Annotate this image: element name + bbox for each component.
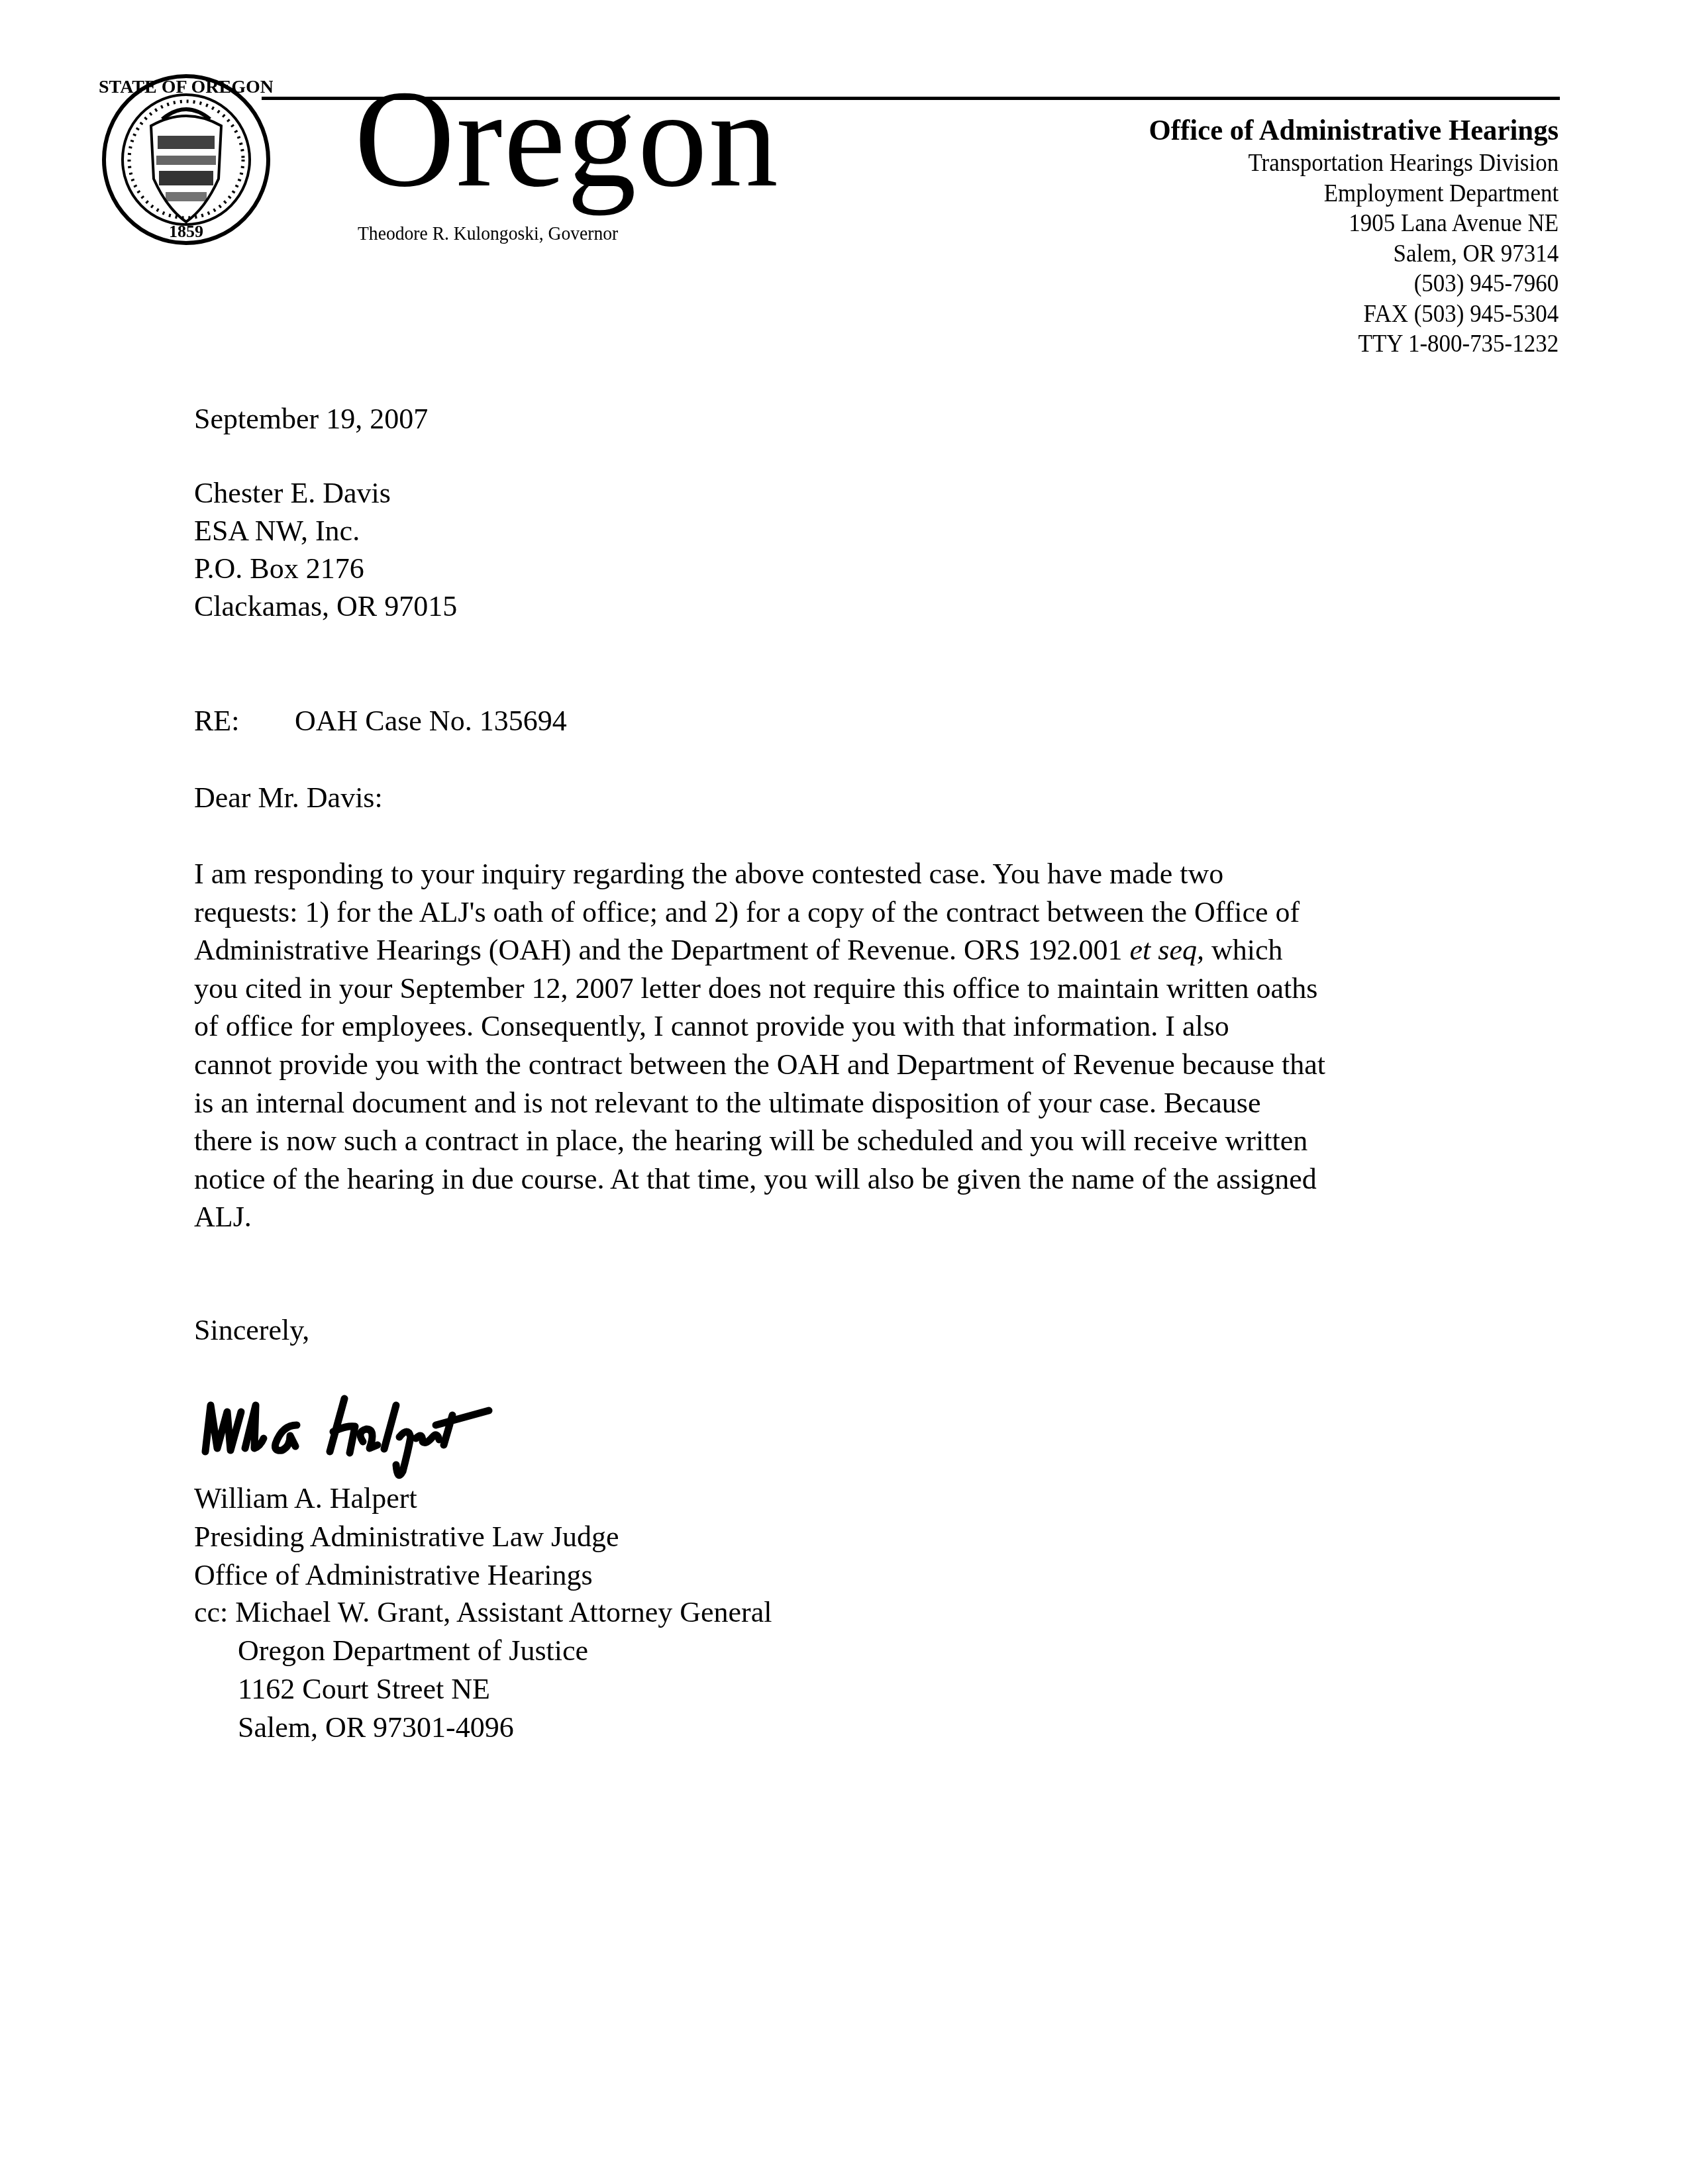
cc-agency: Oregon Department of Justice — [194, 1632, 772, 1670]
body-line: cannot provide you with the contract bet… — [194, 1046, 1512, 1084]
body-line: you cited in your September 12, 2007 let… — [194, 969, 1512, 1008]
recipient-name: Chester E. Davis — [194, 474, 457, 512]
signer-title: Presiding Administrative Law Judge — [194, 1518, 619, 1556]
signer-name: William A. Halpert — [194, 1479, 619, 1518]
cc-city: Salem, OR 97301-4096 — [194, 1709, 772, 1747]
office-phone: (503) 945-7960 — [1162, 269, 1559, 299]
body-line: there is now such a contract in place, t… — [194, 1122, 1512, 1160]
svg-text:1859: 1859 — [169, 222, 203, 241]
office-city: Salem, OR 97314 — [1162, 239, 1559, 270]
body-line: requests: 1) for the ALJ's oath of offic… — [194, 893, 1512, 932]
office-street: 1905 Lana Avenue NE — [1162, 209, 1559, 239]
office-fax: FAX (503) 945-5304 — [1162, 299, 1559, 330]
recipient-address: Chester E. Davis ESA NW, Inc. P.O. Box 2… — [194, 474, 457, 625]
body-line: Administrative Hearings (OAH) and the De… — [194, 931, 1512, 969]
body-line: ALJ. — [194, 1198, 1512, 1236]
office-division: Transportation Hearings Division — [1162, 148, 1559, 179]
office-tty: TTY 1-800-735-1232 — [1162, 329, 1559, 360]
subject-label: RE: — [194, 702, 295, 740]
office-title: Office of Administrative Hearings — [1149, 111, 1559, 148]
recipient-company: ESA NW, Inc. — [194, 512, 457, 550]
cc-recipient: cc: Michael W. Grant, Assistant Attorney… — [194, 1593, 772, 1632]
cc-block: cc: Michael W. Grant, Assistant Attorney… — [194, 1593, 772, 1747]
letter-page: STATE OF OREGON 1859 Oregon Theodore R. … — [0, 0, 1689, 2184]
office-address-block: Office of Administrative Hearings Transp… — [1127, 111, 1559, 360]
office-department: Employment Department — [1162, 179, 1559, 209]
signature-block: William A. Halpert Presiding Administrat… — [194, 1479, 619, 1595]
governor-name: Theodore R. Kulongoski, Governor — [358, 223, 618, 245]
recipient-po-box: P.O. Box 2176 — [194, 550, 457, 587]
body-line: is an internal document and is not relev… — [194, 1084, 1512, 1122]
state-of-oregon-seal-icon: STATE OF OREGON 1859 — [99, 73, 273, 246]
subject-line: RE:OAH Case No. 135694 — [194, 702, 567, 740]
svg-text:STATE OF OREGON: STATE OF OREGON — [99, 77, 273, 97]
recipient-city: Clackamas, OR 97015 — [194, 587, 457, 625]
handwritten-signature-icon — [197, 1385, 582, 1485]
latin-citation: et seq, — [1130, 934, 1204, 966]
salutation: Dear Mr. Davis: — [194, 779, 383, 817]
case-number: OAH Case No. 135694 — [295, 705, 567, 737]
letter-date: September 19, 2007 — [194, 400, 428, 438]
body-line: notice of the hearing in due course. At … — [194, 1160, 1512, 1199]
cc-street: 1162 Court Street NE — [194, 1670, 772, 1709]
state-name-wordmark: Oregon — [354, 70, 780, 209]
closing: Sincerely, — [194, 1311, 309, 1349]
signer-office: Office of Administrative Hearings — [194, 1556, 619, 1595]
letter-body: I am responding to your inquiry regardin… — [194, 855, 1512, 1236]
body-line: I am responding to your inquiry regardin… — [194, 855, 1512, 893]
body-line: of office for employees. Consequently, I… — [194, 1007, 1512, 1046]
